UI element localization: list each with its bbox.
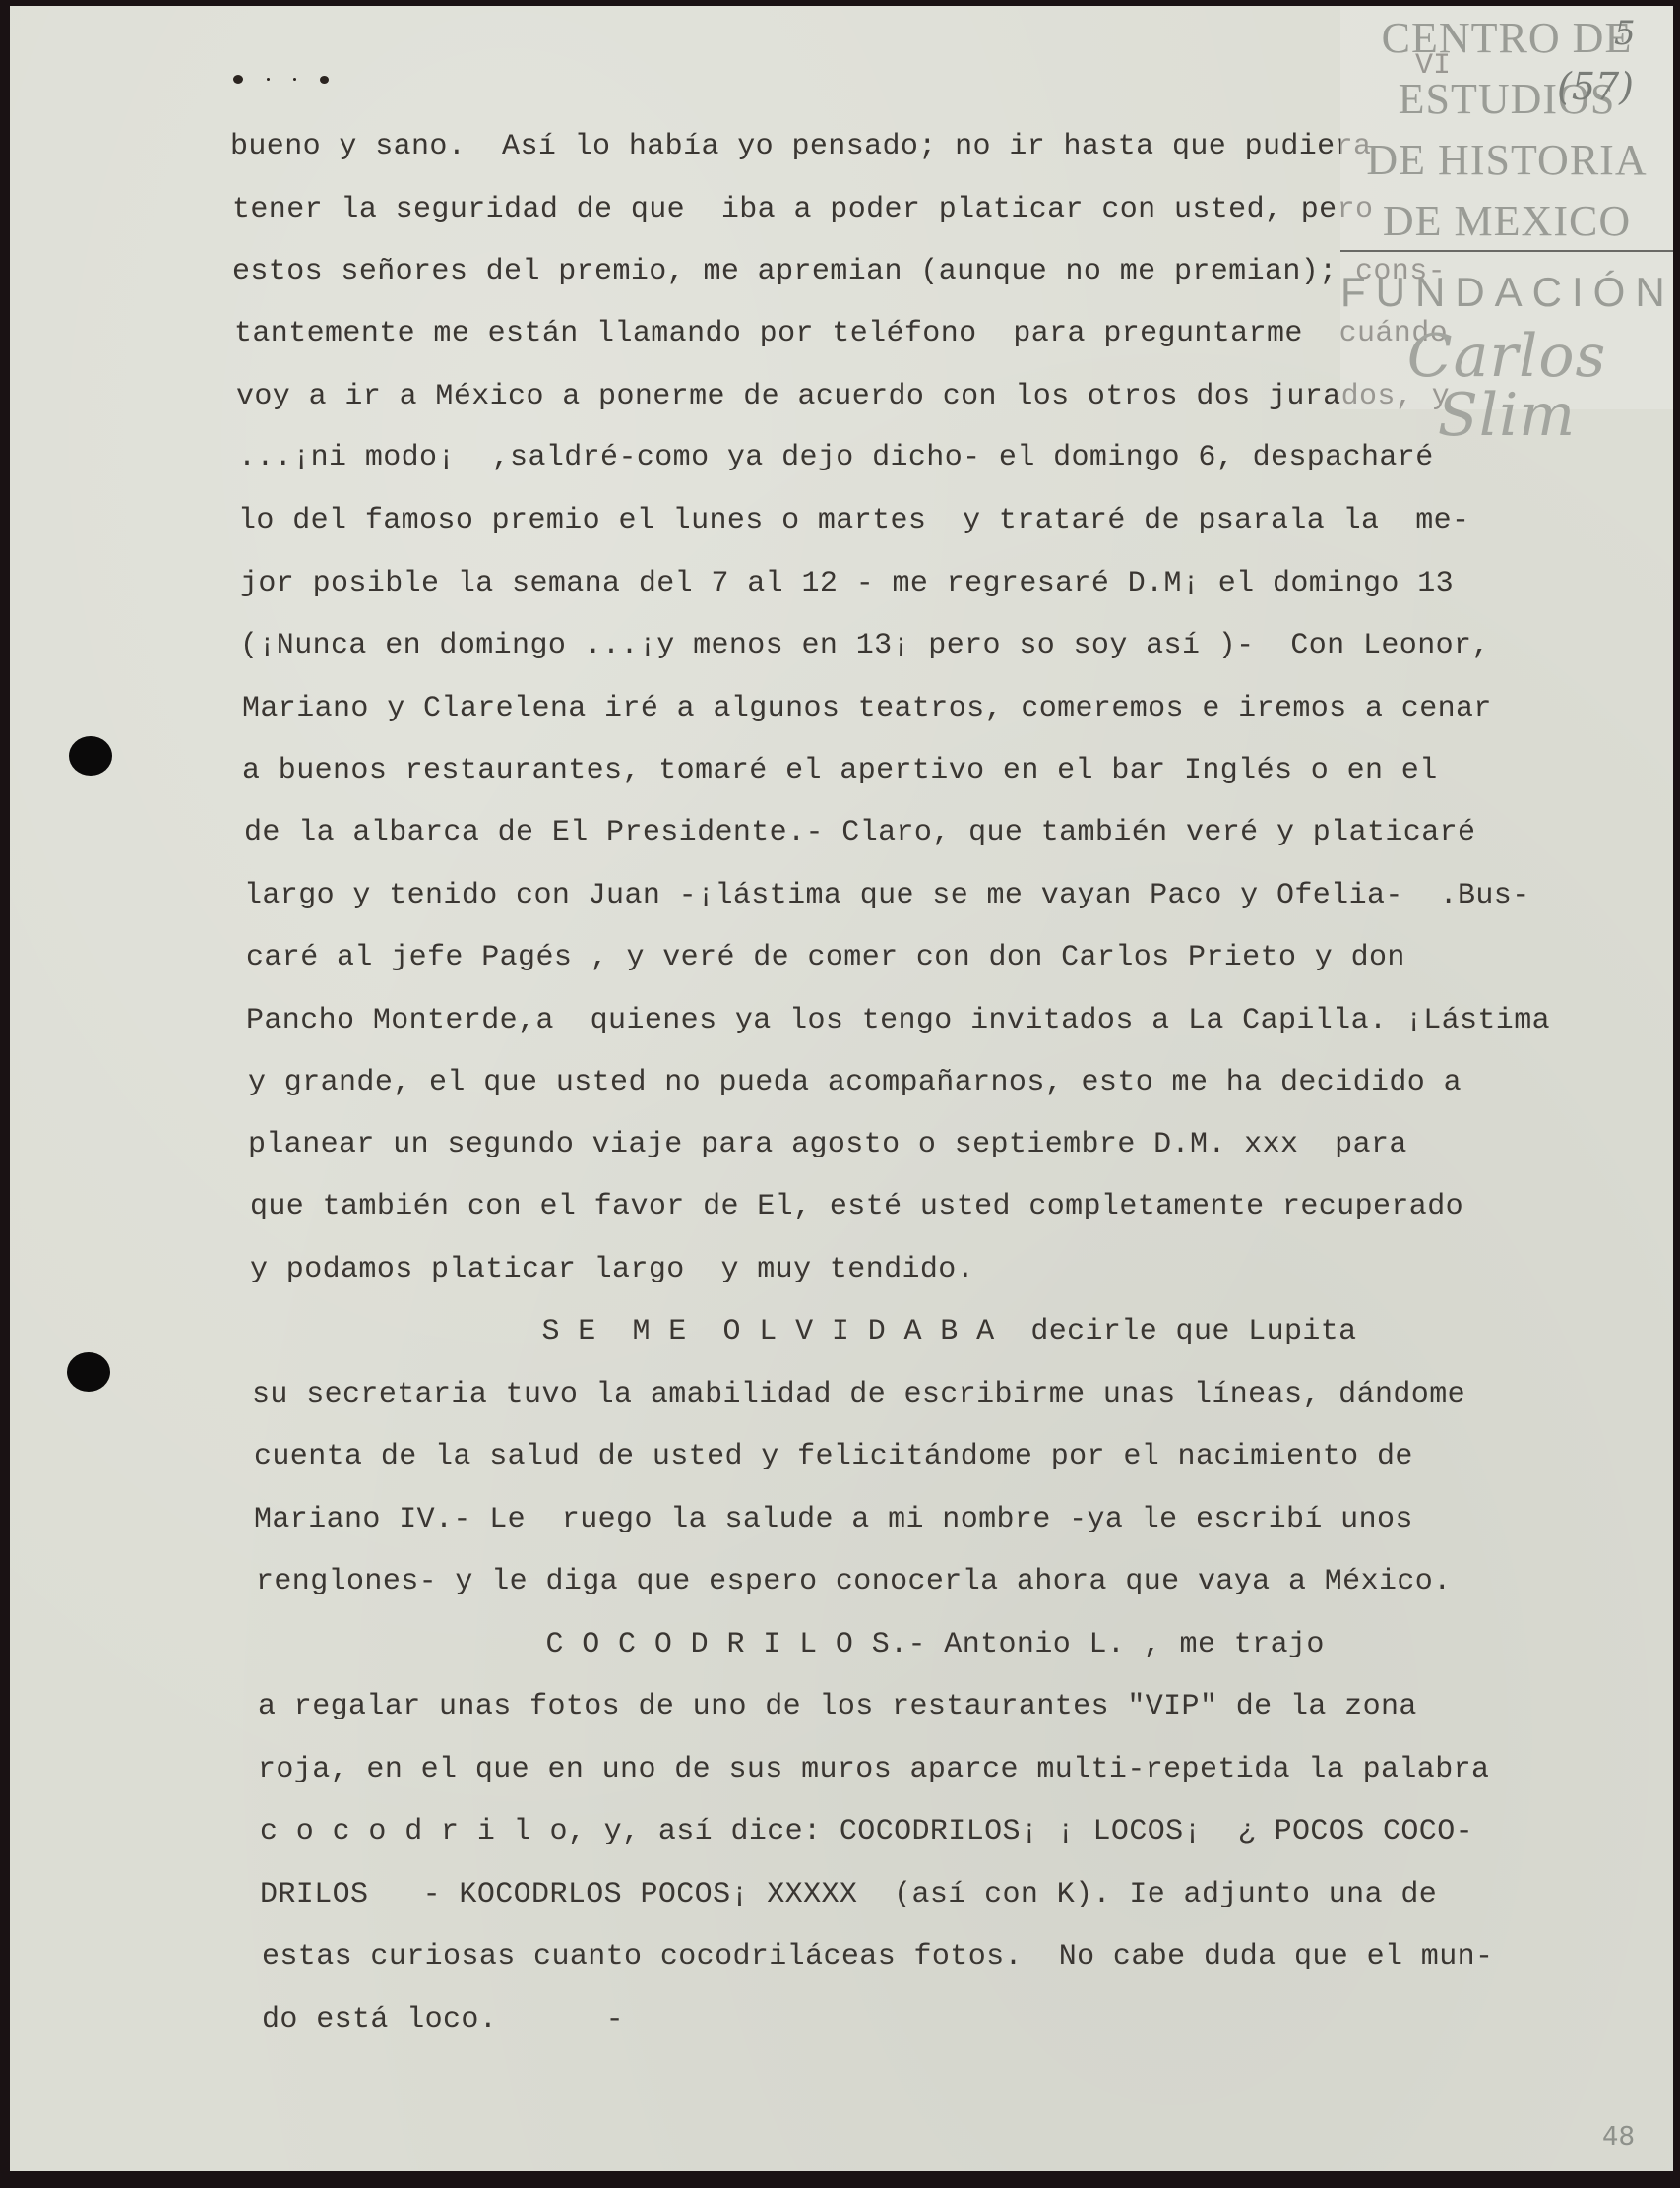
text-line: caré al jefe Pagés , y veré de comer con… xyxy=(246,941,1405,974)
text-line: ...¡ni modo¡ ,saldré-como ya dejo dicho-… xyxy=(238,441,1434,474)
text-line: planear un segundo viaje para agosto o s… xyxy=(248,1128,1407,1161)
text-line: (¡Nunca en domingo ...¡y menos en 13¡ pe… xyxy=(240,629,1490,662)
corner-number: 5 xyxy=(1614,14,1636,53)
text-line: jor posible la semana del 7 al 12 - me r… xyxy=(240,567,1454,600)
text-line: y grande, el que usted no pueda acompaña… xyxy=(248,1066,1462,1099)
text-line: a buenos restaurantes, tomaré el apertiv… xyxy=(242,754,1438,787)
text-line: lo del famoso premio el lunes o martes y… xyxy=(238,504,1469,537)
text-line: renglones- y le diga que espero conocerl… xyxy=(256,1565,1452,1598)
text-line: estos señores del premio, me apremian (a… xyxy=(232,255,1446,288)
watermark-signature: Carlos Slim xyxy=(1340,327,1673,445)
text-line: estas curiosas cuanto cocodriláceas foto… xyxy=(262,1940,1493,1973)
text-line: su secretaria tuvo la amabilidad de escr… xyxy=(252,1378,1465,1411)
handwritten-page-number: (57) xyxy=(1557,65,1634,108)
text-line: bueno y sano. Así lo había yo pensado; n… xyxy=(230,130,1371,163)
watermark-foundation: FUNDACIÓN xyxy=(1340,258,1673,327)
watermark-line: DE MEXICO xyxy=(1340,191,1673,252)
text-line: do está loco. - xyxy=(262,2003,624,2036)
text-line: Pancho Monterde,a quienes ya los tengo i… xyxy=(246,1004,1550,1037)
text-line: tantemente me están llamando por teléfon… xyxy=(234,317,1448,350)
text-line: voy a ir a México a ponerme de acuerdo c… xyxy=(236,380,1450,413)
text-line: largo y tenido con Juan -¡lástima que se… xyxy=(244,879,1530,912)
watermark-line: DE HISTORIA xyxy=(1340,130,1673,191)
section-heading-line: C O C O D R I L O S.- Antonio L. , me tr… xyxy=(256,1628,1325,1661)
text-line: DRILOS - KOCODRLOS POCOS¡ XXXXX (así con… xyxy=(260,1878,1437,1911)
section-heading-line: S E M E O L V I D A B A decirle que Lupi… xyxy=(252,1315,1357,1348)
pencil-page-number: 48 xyxy=(1602,2122,1635,2152)
text-line: Mariano IV.- Le ruego la salude a mi nom… xyxy=(254,1503,1413,1536)
text-line: Mariano y Clarelena iré a algunos teatro… xyxy=(242,692,1492,725)
text-line: y podamos platicar largo y muy tendido. xyxy=(250,1253,974,1286)
text-line: roja, en el que en uno de sus muros apar… xyxy=(258,1753,1489,1786)
text-line: tener la seguridad de que iba a poder pl… xyxy=(232,193,1373,226)
text-line: c o c o d r i l o, y, así dice: COCODRIL… xyxy=(260,1815,1473,1848)
text-line: cuenta de la salud de usted y felicitánd… xyxy=(254,1440,1413,1473)
text-line: a regalar unas fotos de uno de los resta… xyxy=(258,1690,1417,1723)
text-line: de la albarca de El Presidente.- Claro, … xyxy=(244,816,1475,849)
scan-artifact-line xyxy=(1340,250,1673,252)
text-line: que también con el favor de El, esté ust… xyxy=(250,1190,1463,1223)
